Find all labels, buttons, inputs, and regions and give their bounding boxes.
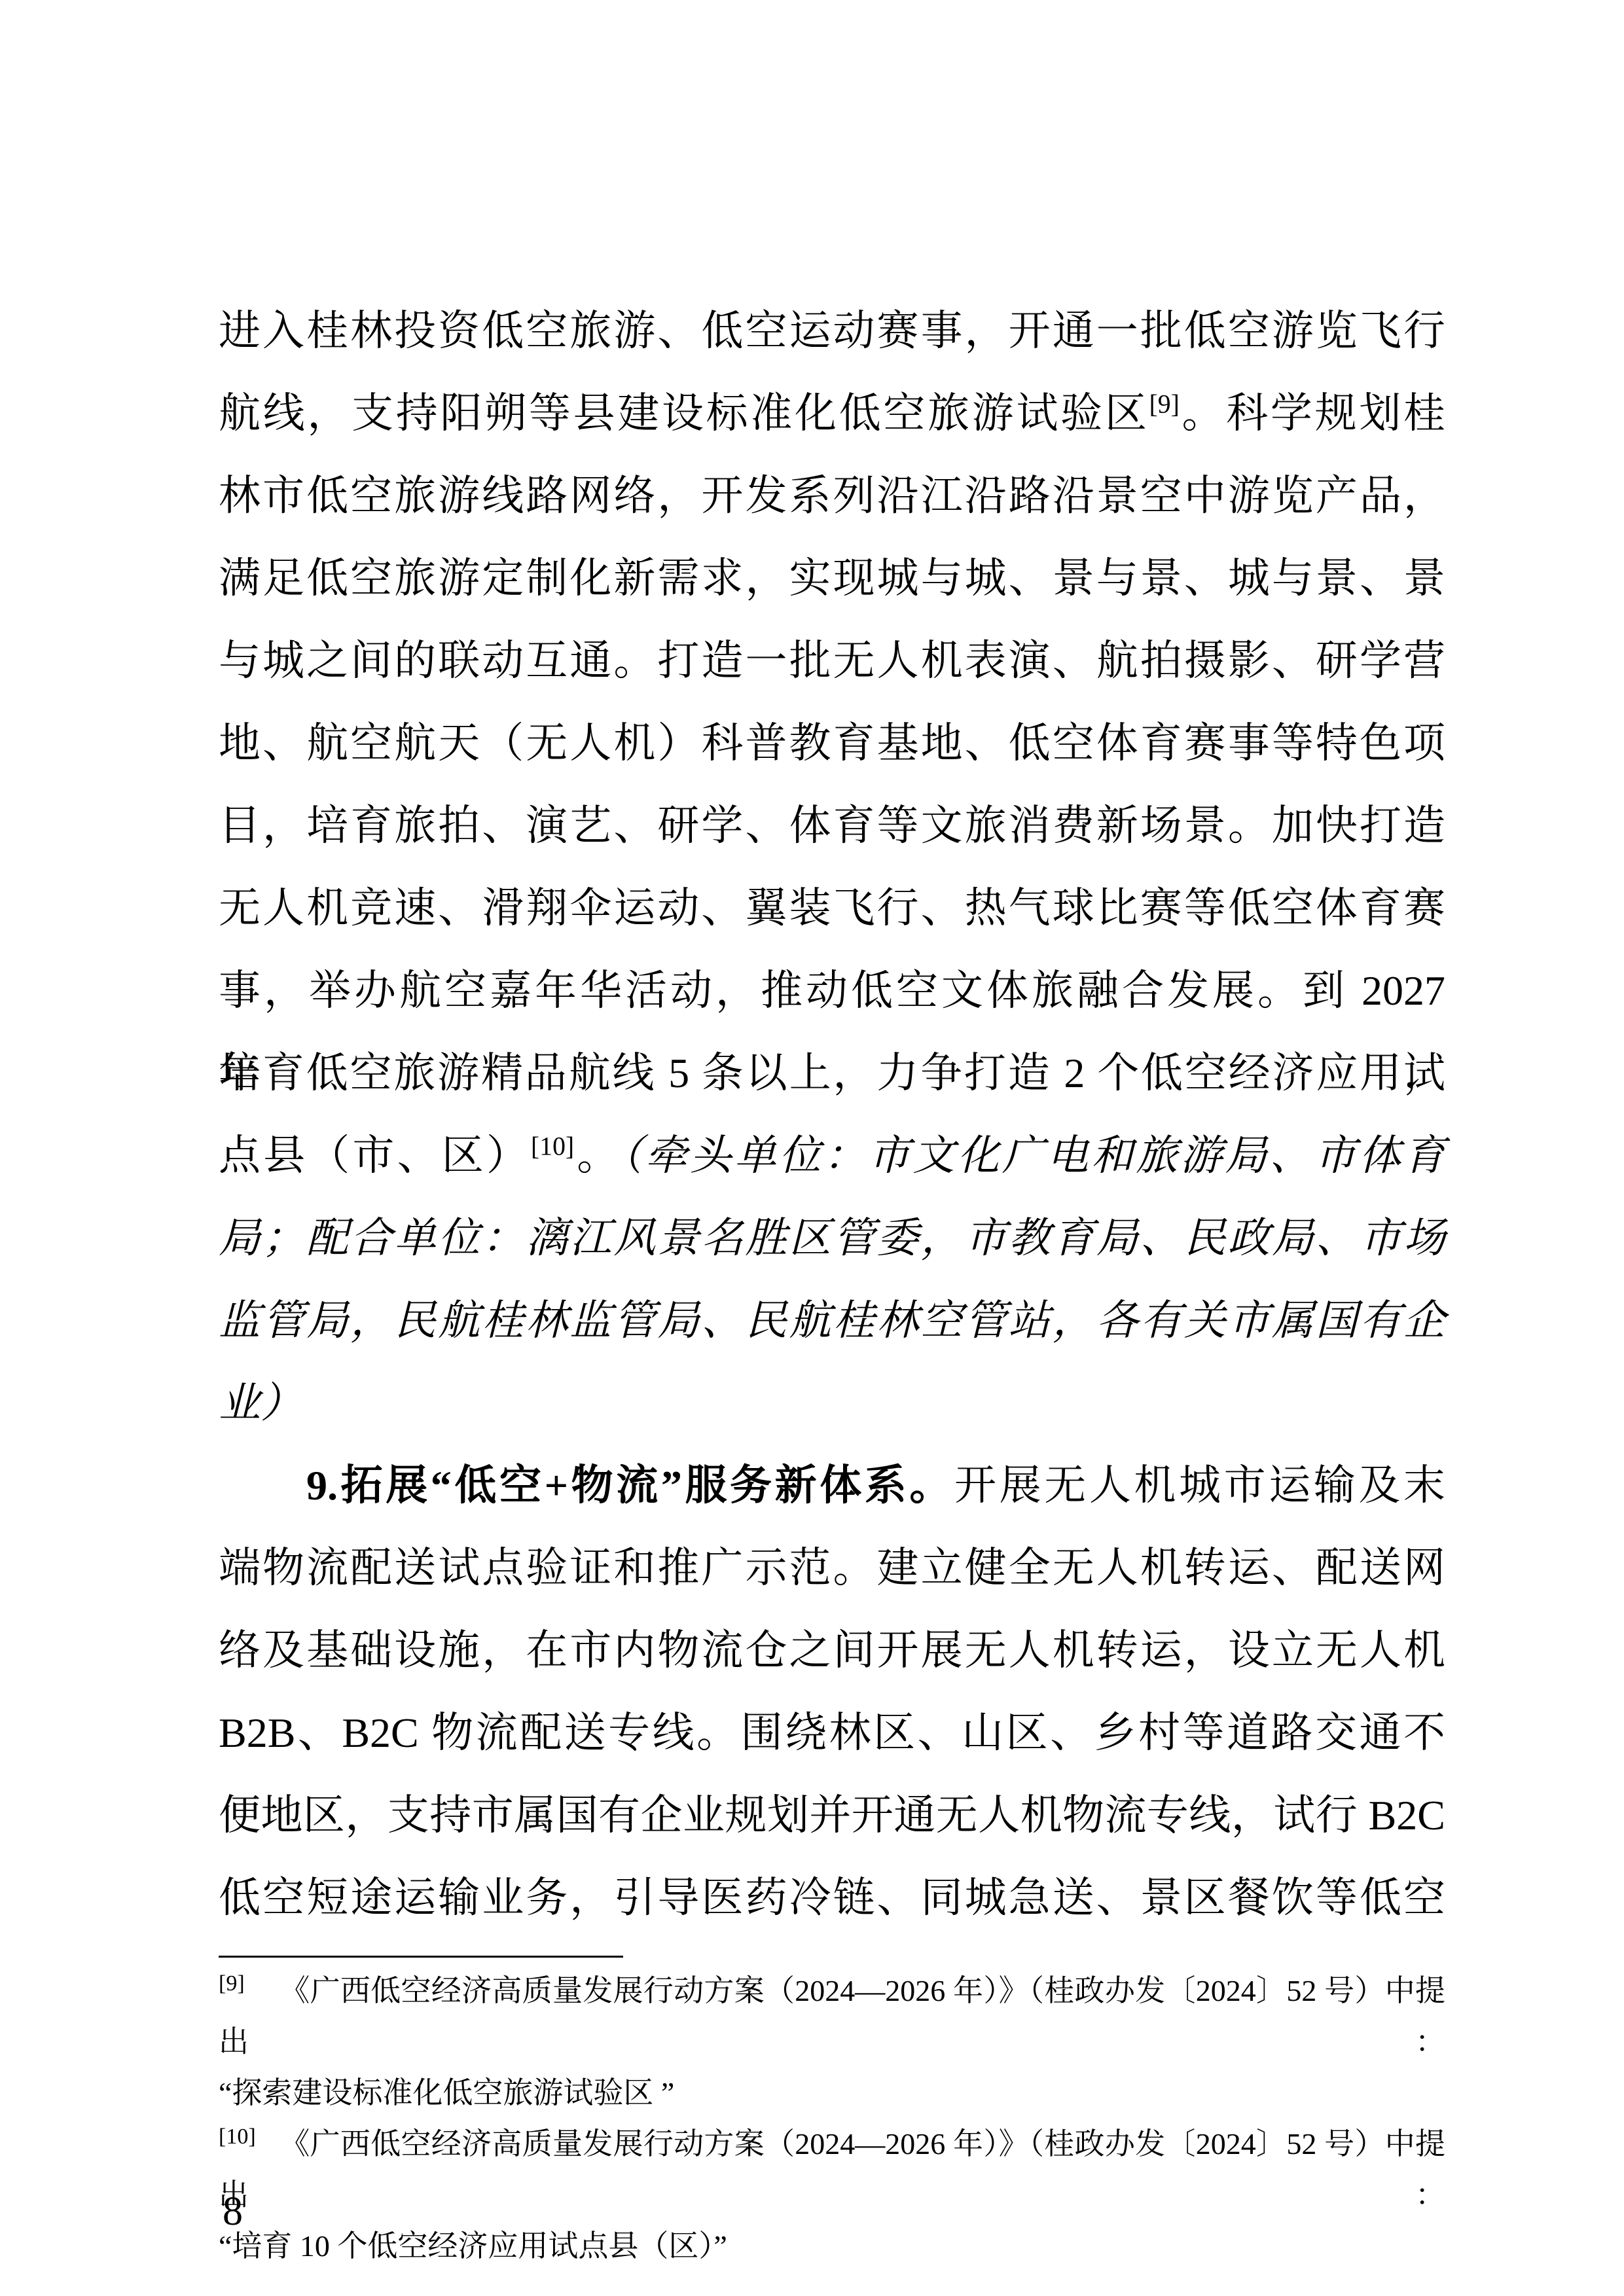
footnote-line: “探索建设标准化低空旅游试验区 ” bbox=[219, 2068, 1445, 2119]
text-line: 点县（市、区）[10]。（牵头单位：市文化广电和旅游局、市体育 bbox=[219, 1115, 1445, 1197]
text-segment-kaiti: （牵头单位：市文化广电和旅游局、市体育 bbox=[621, 1132, 1445, 1179]
text-line: 与城之间的联动互通。打造一批无人机表演、航拍摄影、研学营 bbox=[219, 620, 1445, 702]
text-line: 航线，支持阳朔等县建设标准化低空旅游试验区[9]。科学规划桂 bbox=[219, 372, 1445, 455]
text-segment-normal: 点县（市、区） bbox=[219, 1132, 531, 1179]
text-segment-normal: 端物流配送试点验证和推广示范。建立健全无人机转运、配送网 bbox=[219, 1545, 1445, 1591]
text-segment-bold: 9.拓展“低空+物流”服务新体系。 bbox=[306, 1462, 954, 1509]
text-segment-normal: B2B、B2C 物流配送专线。围绕林区、山区、乡村等道路交通不 bbox=[219, 1710, 1445, 1756]
text-segment-normal: 无人机竞速、滑翔伞运动、翼装飞行、热气球比赛等低空体育赛 bbox=[219, 885, 1445, 931]
footnote-text: “培育 10 个低空经济应用试点县（区）” bbox=[219, 2229, 727, 2263]
text-segment-superscript: [10] bbox=[531, 1132, 574, 1161]
text-segment-normal: 便地区，支持市属国有企业规划并开通无人机物流专线，试行 B2C bbox=[219, 1792, 1445, 1839]
text-segment-normal: 培育低空旅游精品航线 5 条以上，力争打造 2 个低空经济应用试 bbox=[219, 1050, 1445, 1096]
text-line: 低空短途运输业务，引导医药冷链、同城急送、景区餐饮等低空 bbox=[219, 1857, 1445, 1939]
page-number: 8 bbox=[223, 2191, 243, 2232]
text-line: 监管局，民航桂林监管局、民航桂林空管站，各有关市属国有企 bbox=[219, 1280, 1445, 1362]
text-segment-kaiti: 监管局，民航桂林监管局、民航桂林空管站，各有关市属国有企 bbox=[219, 1297, 1445, 1344]
text-line: 培育低空旅游精品航线 5 条以上，力争打造 2 个低空经济应用试 bbox=[219, 1032, 1445, 1115]
text-line: 局；配合单位：漓江风景名胜区管委，市教育局、民政局、市场 bbox=[219, 1197, 1445, 1280]
footnote-text: 《广西低空经济高质量发展行动方案（2024—2026 年）》（桂政办发〔2024… bbox=[219, 2127, 1445, 2212]
text-segment-kaiti: 业） bbox=[219, 1380, 302, 1426]
text-line: 目，培育旅拍、演艺、研学、体育等文旅消费新场景。加快打造 bbox=[219, 785, 1445, 867]
footnote-line: [10]《广西低空经济高质量发展行动方案（2024—2026 年）》（桂政办发〔… bbox=[219, 2119, 1445, 2221]
text-line: 9.拓展“低空+物流”服务新体系。开展无人机城市运输及末 bbox=[219, 1444, 1445, 1527]
text-line: 满足低空旅游定制化新需求，实现城与城、景与景、城与景、景 bbox=[219, 537, 1445, 620]
text-segment-normal: 。科学规划桂 bbox=[1180, 390, 1445, 437]
text-line: 林市低空旅游线路网络，开发系列沿江沿路沿景空中游览产品， bbox=[219, 455, 1445, 537]
text-segment-normal: 目，培育旅拍、演艺、研学、体育等文旅消费新场景。加快打造 bbox=[219, 802, 1445, 849]
text-line: 地、航空航天（无人机）科普教育基地、低空体育赛事等特色项 bbox=[219, 702, 1445, 785]
text-line: 端物流配送试点验证和推广示范。建立健全无人机转运、配送网 bbox=[219, 1527, 1445, 1609]
text-segment-normal: 开展无人机城市运输及末 bbox=[954, 1462, 1445, 1509]
text-line: 进入桂林投资低空旅游、低空运动赛事，开通一批低空游览飞行 bbox=[219, 290, 1445, 372]
footnote-line: [9]《广西低空经济高质量发展行动方案（2024—2026 年）》（桂政办发〔2… bbox=[219, 1965, 1445, 2068]
text-segment-normal: 地、航空航天（无人机）科普教育基地、低空体育赛事等特色项 bbox=[219, 720, 1445, 766]
footnote-text: “探索建设标准化低空旅游试验区 ” bbox=[219, 2076, 674, 2109]
text-segment-normal: 低空短途运输业务，引导医药冷链、同城急送、景区餐饮等低空 bbox=[219, 1874, 1445, 1921]
text-line: 络及基础设施，在市内物流仓之间开展无人机转运，设立无人机 bbox=[219, 1609, 1445, 1692]
text-segment-normal: 络及基础设施，在市内物流仓之间开展无人机转运，设立无人机 bbox=[219, 1627, 1445, 1674]
text-segment-normal: 与城之间的联动互通。打造一批无人机表演、航拍摄影、研学营 bbox=[219, 637, 1445, 684]
text-segment-normal: 满足低空旅游定制化新需求，实现城与城、景与景、城与景、景 bbox=[219, 555, 1445, 601]
text-line: 业） bbox=[219, 1362, 1445, 1444]
footnote-separator bbox=[219, 1956, 623, 1958]
text-line: 便地区，支持市属国有企业规划并开通无人机物流专线，试行 B2C bbox=[219, 1774, 1445, 1857]
footnotes: [9]《广西低空经济高质量发展行动方案（2024—2026 年）》（桂政办发〔2… bbox=[219, 1965, 1445, 2272]
text-line: B2B、B2C 物流配送专线。围绕林区、山区、乡村等道路交通不 bbox=[219, 1692, 1445, 1774]
text-segment-normal: 林市低空旅游线路网络，开发系列沿江沿路沿景空中游览产品， bbox=[219, 473, 1445, 519]
document-page: 进入桂林投资低空旅游、低空运动赛事，开通一批低空游览飞行航线，支持阳朔等县建设标… bbox=[0, 0, 1624, 2296]
footnote-text: 《广西低空经济高质量发展行动方案（2024—2026 年）》（桂政办发〔2024… bbox=[219, 1974, 1445, 2058]
footnote-line: “培育 10 个低空经济应用试点县（区）” bbox=[219, 2221, 1445, 2272]
text-segment-normal: 进入桂林投资低空旅游、低空运动赛事，开通一批低空游览飞行 bbox=[219, 308, 1445, 354]
text-line: 事，举办航空嘉年华活动，推动低空文体旅融合发展。到 2027 年， bbox=[219, 950, 1445, 1032]
text-line: 无人机竞速、滑翔伞运动、翼装飞行、热气球比赛等低空体育赛 bbox=[219, 867, 1445, 950]
body-text: 进入桂林投资低空旅游、低空运动赛事，开通一批低空游览飞行航线，支持阳朔等县建设标… bbox=[219, 290, 1445, 1939]
text-segment-normal: 。 bbox=[574, 1132, 621, 1179]
text-segment-kaiti: 局；配合单位：漓江风景名胜区管委，市教育局、民政局、市场 bbox=[219, 1215, 1445, 1261]
text-segment-normal: 航线，支持阳朔等县建设标准化低空旅游试验区 bbox=[219, 390, 1149, 437]
text-segment-superscript: [9] bbox=[1149, 390, 1180, 419]
